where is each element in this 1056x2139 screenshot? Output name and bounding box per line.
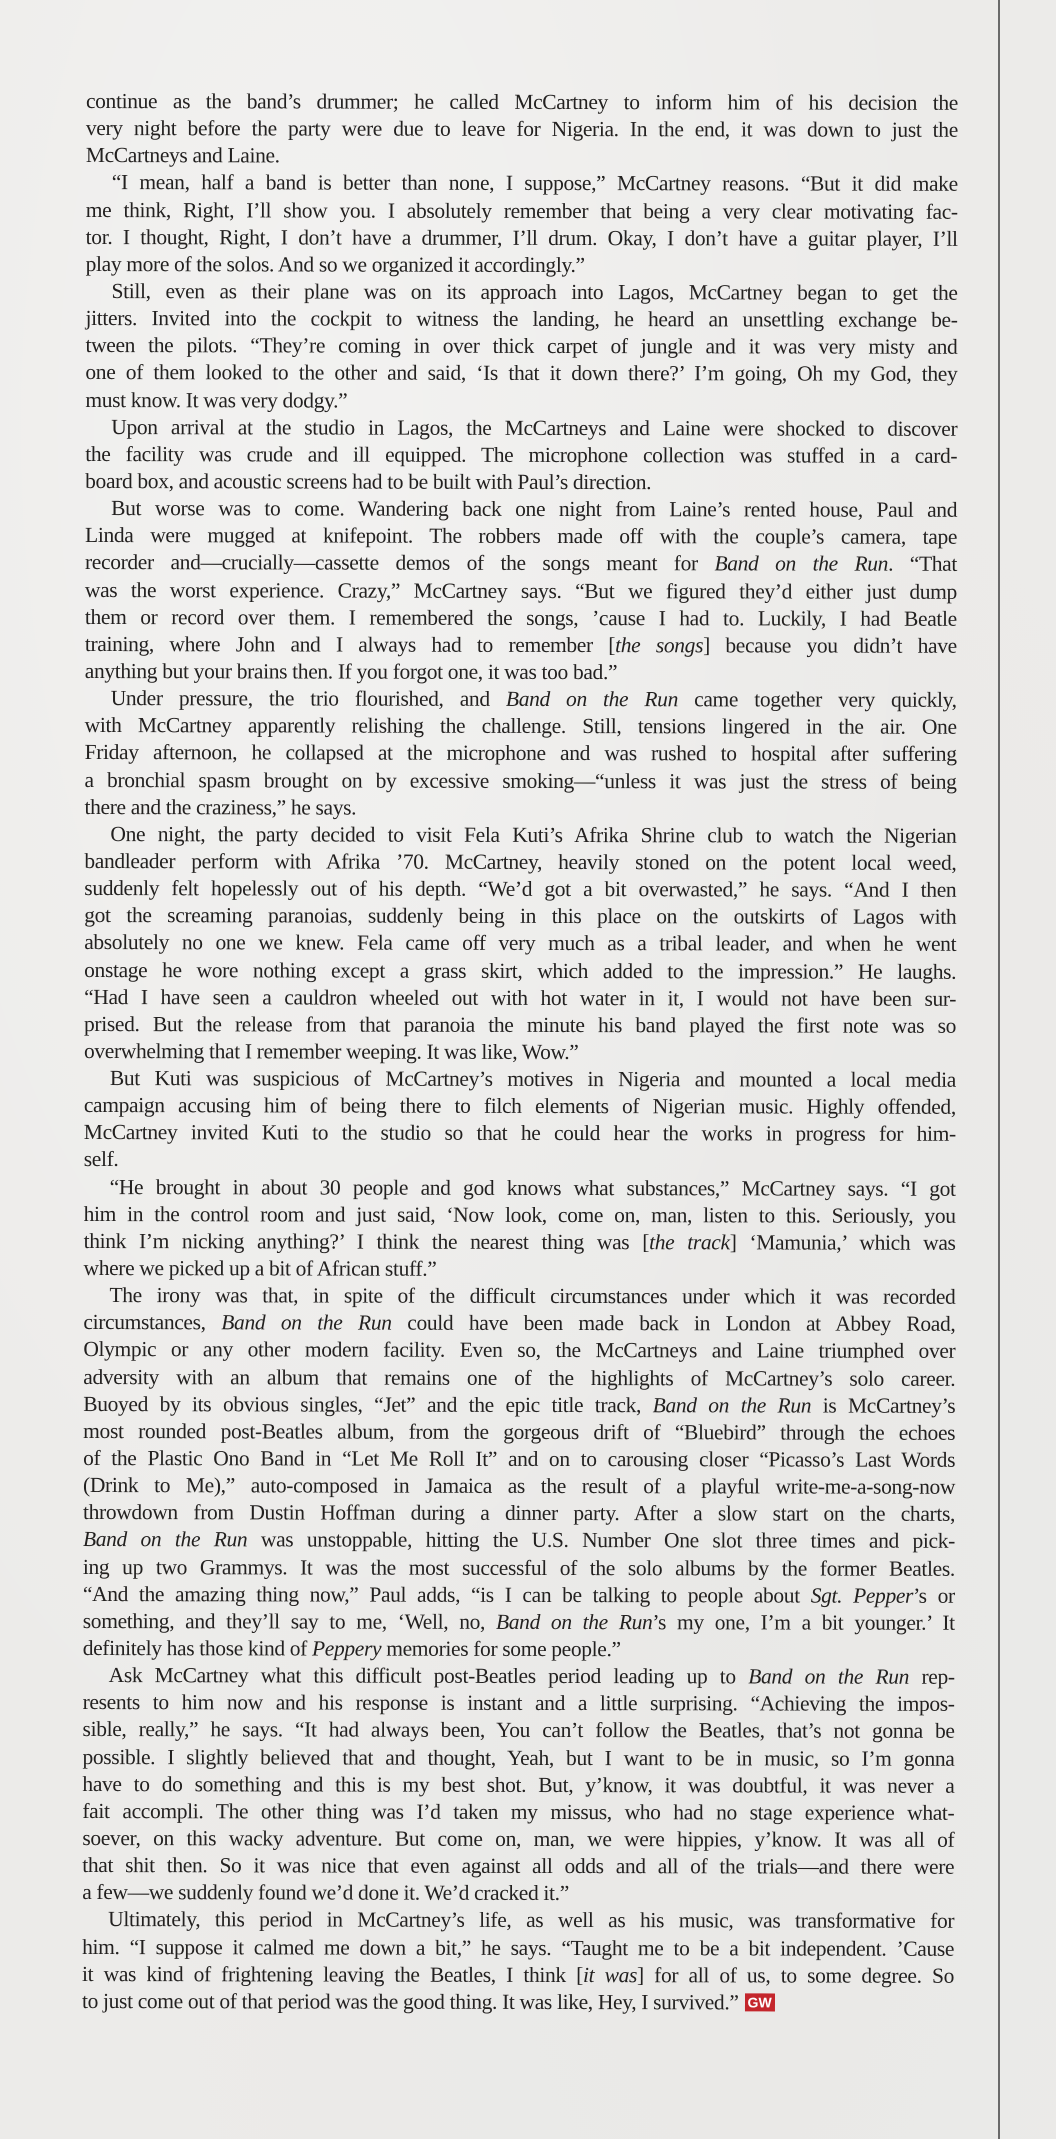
text-line: Friday afternoon, he collapsed at the mi…: [85, 739, 957, 768]
text-run: training, where John and I always had to…: [85, 632, 615, 657]
text-run: Friday afternoon, he collapsed at the mi…: [85, 740, 957, 766]
text-run: absolutely no one we knew. Fela came off…: [84, 930, 956, 956]
italic-title-text: Band on the Run: [653, 1393, 812, 1417]
italic-title-text: the songs: [615, 633, 703, 657]
text-line: where we picked up a bit of African stuf…: [83, 1255, 955, 1284]
text-run: a few—we suddenly found we’d done it. We…: [82, 1880, 569, 1905]
text-line: must know. It was very dodgy.”: [85, 387, 957, 416]
text-line: me think, Right, I’ll show you. I absolu…: [86, 197, 958, 226]
text-run: bandleader perform with Afrika ’70. McCa…: [84, 849, 956, 875]
text-run: Olympic or any other modern facility. Ev…: [83, 1337, 955, 1363]
text-line: “He brought in about 30 people and god k…: [84, 1174, 956, 1203]
text-run: think I’m nicking anything?’ I think the…: [84, 1229, 650, 1254]
text-run: campaign accusing him of being there to …: [84, 1093, 956, 1119]
text-run: me think, Right, I’ll show you. I absolu…: [86, 198, 958, 224]
text-line: anything but your brains then. If you fo…: [85, 658, 957, 687]
text-run: recorder and—crucially—cassette demos of…: [85, 550, 715, 575]
text-line: got the screaming paranoias, suddenly be…: [84, 902, 956, 931]
text-line: onstage he wore nothing except a grass s…: [84, 956, 956, 985]
text-line: Under pressure, the trio flourished, and…: [85, 685, 957, 714]
text-run: them or record over them. I remembered t…: [85, 605, 957, 631]
italic-title-text: Band on the Run: [83, 1527, 247, 1551]
text-run: suddenly felt hopelessly out of his dept…: [84, 876, 956, 902]
italic-title-text: Sgt. Pepper: [811, 1583, 913, 1607]
text-run: The irony was that, in spite of the diff…: [109, 1283, 955, 1309]
text-run: anything but your brains then. If you fo…: [85, 659, 617, 684]
text-line: possible. I slightly believed that and t…: [82, 1744, 954, 1773]
text-run: was the worst experience. Crazy,” McCart…: [85, 578, 957, 604]
text-line: a few—we suddenly found we’d done it. We…: [82, 1879, 954, 1908]
text-line: suddenly felt hopelessly out of his dept…: [84, 875, 956, 904]
text-run: “He brought in about 30 people and god k…: [110, 1175, 956, 1201]
text-run: him. “I suppose it calmed me down a bit,…: [82, 1935, 954, 1961]
text-run: . “That: [888, 552, 957, 576]
italic-title-text: Band on the Run: [714, 552, 888, 576]
text-line: One night, the party decided to visit Fe…: [84, 821, 956, 850]
text-run: But worse was to come. Wandering back on…: [111, 496, 957, 522]
text-run: is McCartney’s: [811, 1393, 955, 1417]
text-run: sible, really,” he says. “It had always …: [83, 1717, 955, 1743]
text-run: a bronchial spasm brought on by excessiv…: [85, 768, 957, 794]
text-run: prised. But the release from that parano…: [84, 1012, 956, 1038]
text-run: continue as the band’s drummer; he calle…: [86, 89, 958, 115]
text-run: have to do something and this is my best…: [82, 1772, 954, 1798]
text-run: self.: [84, 1147, 119, 1171]
end-mark-badge: GW: [745, 1993, 775, 2011]
text-line: there and the craziness,” he says.: [84, 794, 956, 823]
italic-title-text: Band on the Run: [496, 1610, 652, 1634]
article-paragraph: Under pressure, the trio flourished, and…: [84, 685, 956, 823]
text-run: most rounded post-Beatles album, from th…: [83, 1419, 955, 1445]
text-run: one of them looked to the other and said…: [85, 360, 957, 386]
text-line: overwhelming that I remember weeping. It…: [84, 1038, 956, 1067]
text-run: where we picked up a bit of African stuf…: [84, 1256, 437, 1281]
text-run: soever, on this wacky adventure. But com…: [82, 1826, 954, 1852]
text-line: play more of the solos. And so we organi…: [86, 251, 958, 280]
text-line: The irony was that, in spite of the diff…: [83, 1282, 955, 1311]
text-run: tween the pilots. “They’re coming in ove…: [85, 333, 957, 359]
text-run: to just come out of that period was the …: [82, 1989, 739, 2014]
article-paragraph: But worse was to come. Wandering back on…: [85, 495, 957, 687]
italic-title-text: Peppery: [312, 1636, 381, 1660]
text-run: tor. I thought, Right, I don’t have a dr…: [86, 225, 958, 251]
text-run: there and the craziness,” he says.: [84, 795, 356, 820]
text-run: But Kuti was suspicious of McCartney’s m…: [110, 1066, 956, 1092]
text-run: Under pressure, the trio flourished, and: [111, 686, 506, 711]
text-line: him. “I suppose it calmed me down a bit,…: [82, 1934, 954, 1963]
text-run: fait accompli. The other thing was I’d t…: [82, 1799, 954, 1825]
text-run: could have been made back in London at A…: [392, 1311, 956, 1336]
text-line: Band on the Run was unstoppable, hitting…: [83, 1526, 955, 1555]
text-run: One night, the party decided to visit Fe…: [110, 822, 956, 848]
article-body: continue as the band’s drummer; he calle…: [82, 88, 958, 2017]
text-run: jitters. Invited into the cockpit to wit…: [85, 306, 957, 332]
text-line: a bronchial spasm brought on by excessiv…: [85, 767, 957, 796]
text-line: training, where John and I always had to…: [85, 631, 957, 660]
text-line: tween the pilots. “They’re coming in ove…: [85, 332, 957, 361]
article-paragraph: “He brought in about 30 people and god k…: [83, 1174, 955, 1284]
text-line: one of them looked to the other and said…: [85, 359, 957, 388]
text-line: resents to him now and his response is i…: [83, 1689, 955, 1718]
text-line: was the worst experience. Crazy,” McCart…: [85, 577, 957, 606]
text-line: self.: [84, 1146, 956, 1175]
text-line: him in the control room and just said, ‘…: [84, 1201, 956, 1230]
text-line: definitely has those kind of Peppery mem…: [83, 1635, 955, 1664]
italic-title-text: it was: [583, 1963, 637, 1987]
text-run: Buoyed by its obvious singles, “Jet” and…: [83, 1392, 652, 1417]
text-run: Linda were mugged at knifepoint. The rob…: [85, 523, 957, 549]
text-run: play more of the solos. And so we organi…: [86, 252, 585, 277]
text-run: with McCartney apparently relishing the …: [85, 713, 957, 739]
text-line: Ultimately, this period in McCartney’s l…: [82, 1906, 954, 1935]
text-run: definitely has those kind of: [83, 1636, 312, 1660]
text-line: Ask McCartney what this difficult post-B…: [83, 1662, 955, 1691]
article-paragraph: The irony was that, in spite of the diff…: [83, 1282, 956, 1664]
text-line: prised. But the release from that parano…: [84, 1011, 956, 1040]
article-paragraph: Ultimately, this period in McCartney’s l…: [82, 1906, 954, 2016]
text-run: the facility was crude and ill equipped.…: [85, 442, 957, 468]
text-run: resents to him now and his response is i…: [83, 1690, 955, 1716]
text-run: overwhelming that I remember weeping. It…: [84, 1039, 579, 1064]
text-line: adversity with an album that remains one…: [83, 1364, 955, 1393]
text-line: “I mean, half a band is better than none…: [86, 169, 958, 198]
text-line: throwdown from Dustin Hoffman during a d…: [83, 1499, 955, 1528]
text-run: ] for all of us, to some degree. So: [637, 1963, 954, 1988]
text-line: of the Plastic Ono Band in “Let Me Roll …: [83, 1445, 955, 1474]
text-run: McCartneys and Laine.: [86, 143, 280, 167]
text-line: bandleader perform with Afrika ’70. McCa…: [84, 848, 956, 877]
text-run: him in the control room and just said, ‘…: [84, 1202, 956, 1228]
text-line: with McCartney apparently relishing the …: [85, 712, 957, 741]
text-run: it was kind of frightening leaving the B…: [82, 1962, 583, 1987]
text-line: fait accompli. The other thing was I’d t…: [82, 1798, 954, 1827]
text-line: But worse was to come. Wandering back on…: [85, 495, 957, 524]
article-paragraph: But Kuti was suspicious of McCartney’s m…: [84, 1065, 956, 1175]
text-line: very night before the party were due to …: [86, 115, 958, 144]
text-run: (Drink to Me),” auto-composed in Jamaica…: [83, 1473, 955, 1499]
text-run: Ultimately, this period in McCartney’s l…: [108, 1907, 954, 1933]
article-paragraph: Still, even as their plane was on its ap…: [85, 278, 957, 416]
italic-title-text: the track: [649, 1230, 730, 1254]
text-run: must know. It was very dodgy.”: [85, 388, 347, 413]
text-line: Olympic or any other modern facility. Ev…: [83, 1336, 955, 1365]
article-paragraph: One night, the party decided to visit Fe…: [84, 821, 957, 1067]
text-run: ’s or: [913, 1583, 955, 1607]
text-line: have to do something and this is my best…: [82, 1771, 954, 1800]
text-run: was unstoppable, hitting the U.S. Number…: [247, 1528, 955, 1553]
text-line: (Drink to Me),” auto-composed in Jamaica…: [83, 1472, 955, 1501]
text-line: to just come out of that period was the …: [82, 1988, 954, 2017]
article-paragraph: “I mean, half a band is better than none…: [86, 169, 958, 279]
text-line: recorder and—crucially—cassette demos of…: [85, 549, 957, 578]
text-line: ing up two Grammys. It was the most succ…: [83, 1554, 955, 1583]
article-paragraph: Upon arrival at the studio in Lagos, the…: [85, 414, 957, 497]
text-line: McCartneys and Laine.: [86, 142, 958, 171]
text-line: Buoyed by its obvious singles, “Jet” and…: [83, 1391, 955, 1420]
text-line: McCartney invited Kuti to the studio so …: [84, 1119, 956, 1148]
text-run: memories for some people.”: [381, 1637, 621, 1662]
text-line: But Kuti was suspicious of McCartney’s m…: [84, 1065, 956, 1094]
italic-title-text: Band on the Run: [506, 687, 678, 711]
text-run: Ask McCartney what this difficult post-B…: [109, 1663, 749, 1688]
text-run: got the screaming paranoias, suddenly be…: [84, 903, 956, 929]
text-line: campaign accusing him of being there to …: [84, 1092, 956, 1121]
text-run: Upon arrival at the studio in Lagos, the…: [111, 415, 957, 441]
text-line: absolutely no one we knew. Fela came off…: [84, 929, 956, 958]
text-line: the facility was crude and ill equipped.…: [85, 441, 957, 470]
text-run: ] because you didn’t have: [703, 633, 957, 658]
text-run: ] ‘Mamunia,’ which was: [730, 1230, 956, 1254]
text-run: very night before the party were due to …: [86, 116, 958, 142]
text-run: “Had I have seen a cauldron wheeled out …: [84, 985, 956, 1011]
text-run: “And the amazing thing now,” Paul adds, …: [83, 1582, 811, 1608]
text-line: that shit then. So it was nice that even…: [82, 1852, 954, 1881]
text-line: jitters. Invited into the cockpit to wit…: [85, 305, 957, 334]
text-line: soever, on this wacky adventure. But com…: [82, 1825, 954, 1854]
text-line: “And the amazing thing now,” Paul adds, …: [83, 1581, 955, 1610]
text-run: that shit then. So it was nice that even…: [82, 1853, 954, 1879]
text-run: Still, even as their plane was on its ap…: [112, 279, 958, 305]
text-line: circumstances, Band on the Run could hav…: [83, 1309, 955, 1338]
article-paragraph: continue as the band’s drummer; he calle…: [86, 88, 958, 171]
text-run: circumstances,: [83, 1310, 221, 1334]
text-run: adversity with an album that remains one…: [83, 1365, 955, 1391]
text-run: McCartney invited Kuti to the studio so …: [84, 1120, 956, 1146]
text-line: think I’m nicking anything?’ I think the…: [84, 1228, 956, 1257]
text-line: continue as the band’s drummer; he calle…: [86, 88, 958, 117]
text-line: tor. I thought, Right, I don’t have a dr…: [86, 224, 958, 253]
text-line: Upon arrival at the studio in Lagos, the…: [85, 414, 957, 443]
text-line: Linda were mugged at knifepoint. The rob…: [85, 522, 957, 551]
text-run: onstage he wore nothing except a grass s…: [84, 957, 956, 983]
article-paragraph: Ask McCartney what this difficult post-B…: [82, 1662, 955, 1908]
text-line: it was kind of frightening leaving the B…: [82, 1961, 954, 1990]
text-run: of the Plastic Ono Band in “Let Me Roll …: [83, 1446, 955, 1472]
text-line: “Had I have seen a cauldron wheeled out …: [84, 984, 956, 1013]
text-line: most rounded post-Beatles album, from th…: [83, 1418, 955, 1447]
text-run: throwdown from Dustin Hoffman during a d…: [83, 1500, 955, 1526]
text-run: board box, and acoustic screens had to b…: [85, 469, 651, 494]
text-line: Still, even as their plane was on its ap…: [86, 278, 958, 307]
magazine-page: continue as the band’s drummer; he calle…: [0, 0, 1056, 2139]
text-line: them or record over them. I remembered t…: [85, 604, 957, 633]
text-run: ’s my one, I’m a bit younger.’ It: [652, 1610, 954, 1635]
text-run: “I mean, half a band is better than none…: [112, 170, 958, 196]
text-line: sible, really,” he says. “It had always …: [83, 1716, 955, 1745]
italic-title-text: Band on the Run: [221, 1311, 391, 1335]
text-line: something, and they’ll say to me, ‘Well,…: [83, 1608, 955, 1637]
column-rule: [998, 0, 1000, 2139]
text-run: possible. I slightly believed that and t…: [82, 1745, 954, 1771]
text-line: board box, and acoustic screens had to b…: [85, 468, 957, 497]
text-run: came together very quickly,: [678, 687, 957, 712]
italic-title-text: Band on the Run: [748, 1665, 909, 1689]
text-run: rep-: [909, 1665, 955, 1689]
text-run: ing up two Grammys. It was the most succ…: [83, 1555, 955, 1581]
text-run: something, and they’ll say to me, ‘Well,…: [83, 1609, 496, 1634]
